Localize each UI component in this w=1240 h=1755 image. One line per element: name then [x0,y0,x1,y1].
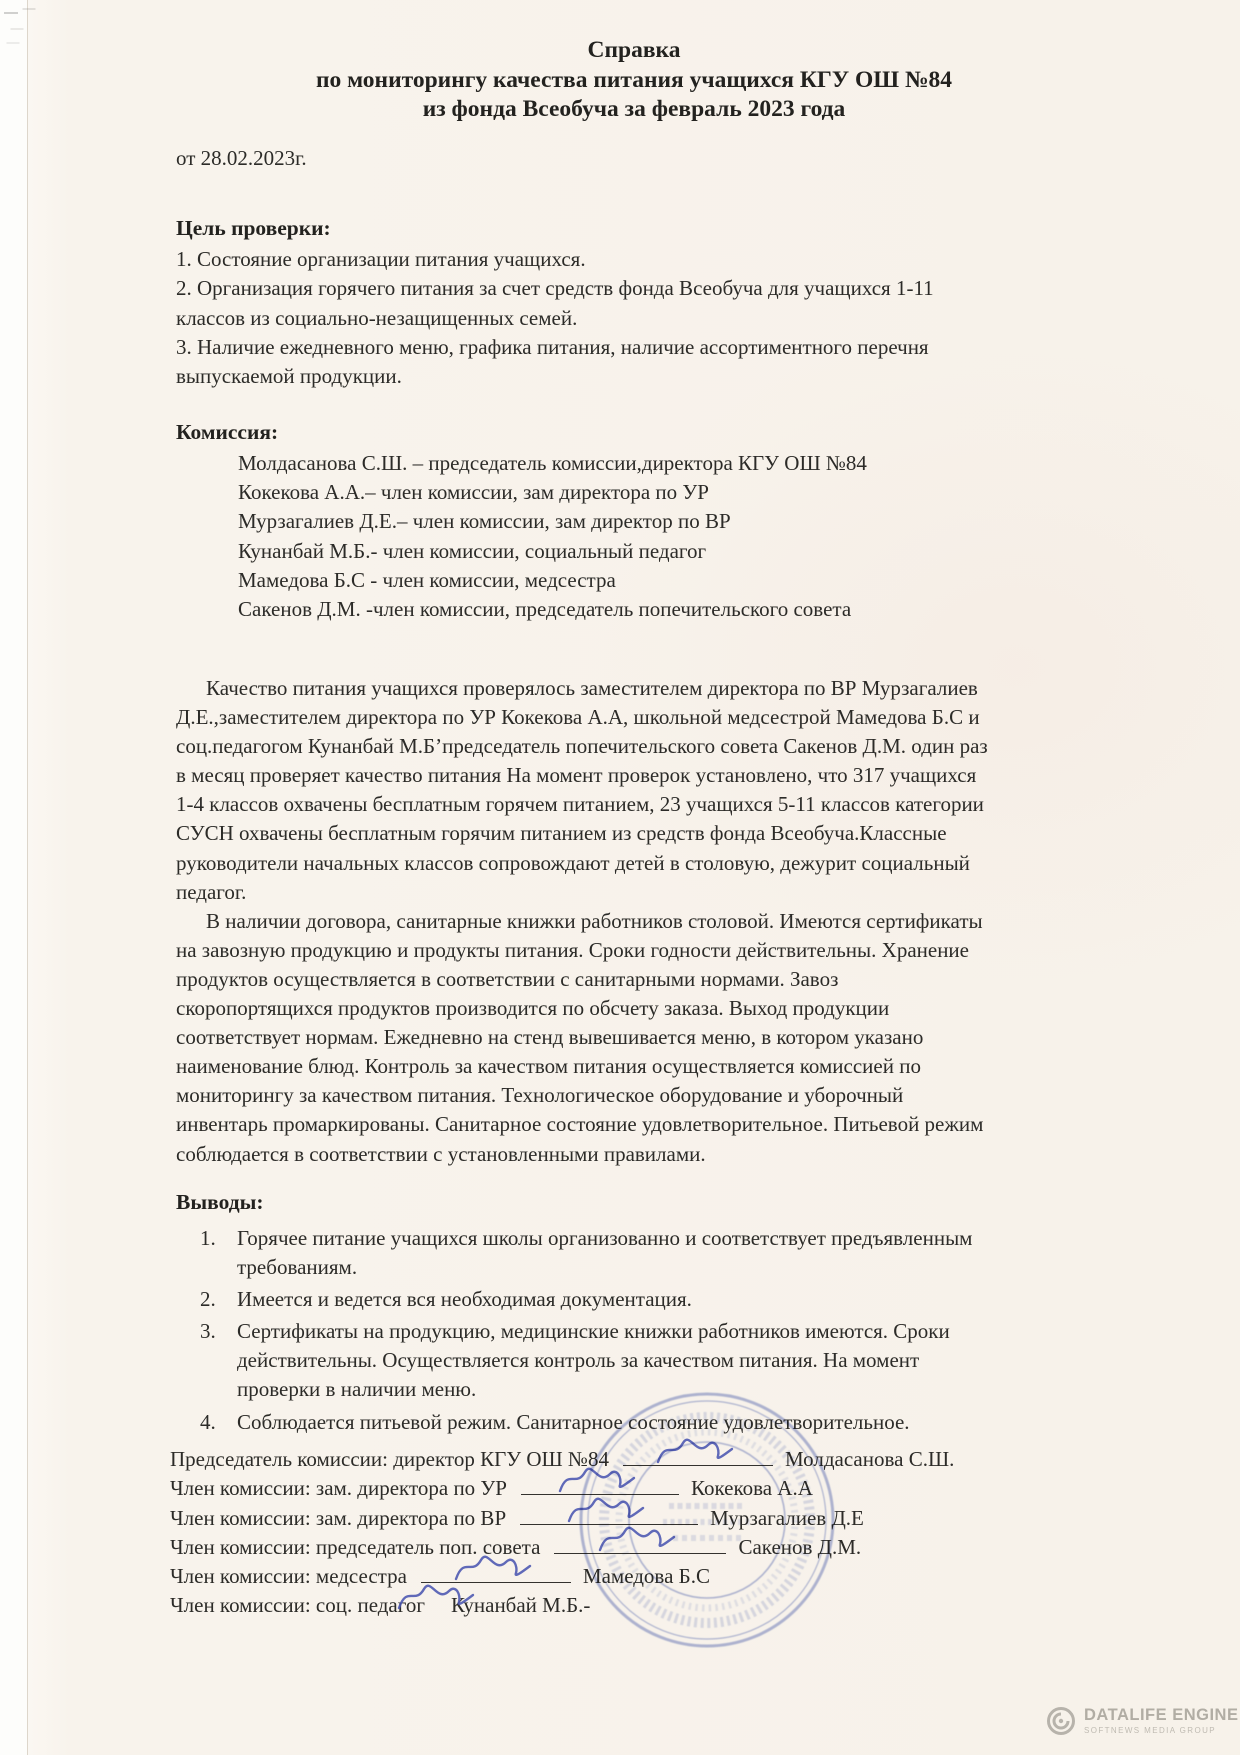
signature-line [521,1478,679,1495]
conclusion-text: Сертификаты на продукцию, медицинские кн… [237,1317,950,1404]
purpose-list: 1. Состояние организации питания учащихс… [176,245,1056,391]
commission-member: Мурзагалиев Д.Е.– член комиссии, зам дир… [238,507,867,536]
conclusion-text: Горячее питание учащихся школы организов… [237,1224,972,1282]
commission-list: Молдасанова С.Ш. – председатель комиссии… [238,449,867,624]
signature-name: Кунанбай М.Б.- [451,1593,590,1618]
signature-line [623,1449,773,1466]
signature-name: Мурзагалиев Д.Е [710,1506,864,1531]
signature-row: Член комиссии: зам. директора по ВР Мурз… [170,1506,1190,1535]
conclusion-item: 4. Соблюдается питьевой режим. Санитарно… [200,1408,1080,1437]
conclusion-text: Соблюдается питьевой режим. Санитарное с… [237,1408,910,1437]
signature-role: Член комиссии: соц. педагог [170,1593,425,1618]
watermark: DATALIFE ENGINE SOFTNEWS MEDIA GROUP [1046,1706,1238,1736]
signature-role: Член комиссии: зам. директора по УР [170,1476,507,1501]
signature-line [554,1537,726,1554]
document-date: от 28.02.2023г. [176,146,307,171]
signature-role: Председатель комиссии: директор КГУ ОШ №… [170,1447,609,1472]
conclusion-item: 3. Сертификаты на продукцию, медицинские… [200,1317,1080,1404]
signature-line [421,1566,571,1583]
watermark-subtitle: SOFTNEWS MEDIA GROUP [1084,1727,1238,1735]
purpose-heading: Цель проверки: [176,216,331,241]
conclusions-list: 1. Горячее питание учащихся школы органи… [200,1224,1080,1440]
conclusions-heading: Выводы: [176,1190,264,1215]
body-text: Качество питания учащихся проверялось за… [176,676,1056,1169]
signature-row: Член комиссии: зам. директора по УР Коке… [170,1476,1190,1505]
signature-row: Председатель комиссии: директор КГУ ОШ №… [170,1447,1190,1476]
signature-name: Мамедова Б.С [583,1564,710,1589]
conclusion-number: 1. [200,1224,237,1282]
commission-member: Кунанбай М.Б.- член комиссии, социальный… [238,537,867,566]
commission-member: Молдасанова С.Ш. – председатель комиссии… [238,449,867,478]
conclusion-number: 3. [200,1317,237,1404]
signature-row: Член комиссии: соц. педагог Кунанбай М.Б… [170,1593,1190,1622]
watermark-logo-icon [1046,1706,1076,1736]
watermark-brand: DATALIFE ENGINE [1084,1707,1238,1724]
commission-member: Мамедова Б.С - член комиссии, медсестра [238,566,867,595]
signature-line [520,1508,698,1525]
signature-block: Председатель комиссии: директор КГУ ОШ №… [170,1447,1190,1623]
commission-member: Кокекова А.А.– член комиссии, зам директ… [238,478,867,507]
signature-role: Член комиссии: председатель поп. совета [170,1535,540,1560]
body-paragraph: В наличии договора, санитарные книжки ра… [176,907,1056,1169]
conclusion-item: 1. Горячее питание учащихся школы органи… [200,1224,1080,1282]
commission-heading: Комиссия: [176,420,278,445]
conclusion-number: 4. [200,1408,237,1437]
watermark-text: DATALIFE ENGINE SOFTNEWS MEDIA GROUP [1084,1707,1238,1735]
signature-row: Член комиссии: председатель поп. совета … [170,1535,1190,1564]
body-paragraph: Качество питания учащихся проверялось за… [176,674,1056,907]
document-title: Справка по мониторингу качества питания … [28,36,1240,125]
signature-name: Молдасанова С.Ш. [785,1447,954,1472]
conclusion-text: Имеется и ведется вся необходимая докуме… [237,1285,692,1314]
commission-member: Сакенов Д.М. -член комиссии, председател… [238,595,867,624]
signature-row: Член комиссии: медсестра Мамедова Б.С [170,1564,1190,1593]
conclusion-number: 2. [200,1285,237,1314]
signature-name: Сакенов Д.М. [738,1535,861,1560]
scan-artifacts [4,12,18,14]
scan-edge-strip [0,0,28,1755]
signature-name: Кокекова А.А [691,1476,813,1501]
scanned-document: { "document": { "title_lines": "Справка\… [0,0,1240,1755]
signature-role: Член комиссии: зам. директора по ВР [170,1506,506,1531]
signature-role: Член комиссии: медсестра [170,1564,407,1589]
conclusion-item: 2. Имеется и ведется вся необходимая док… [200,1285,1080,1314]
